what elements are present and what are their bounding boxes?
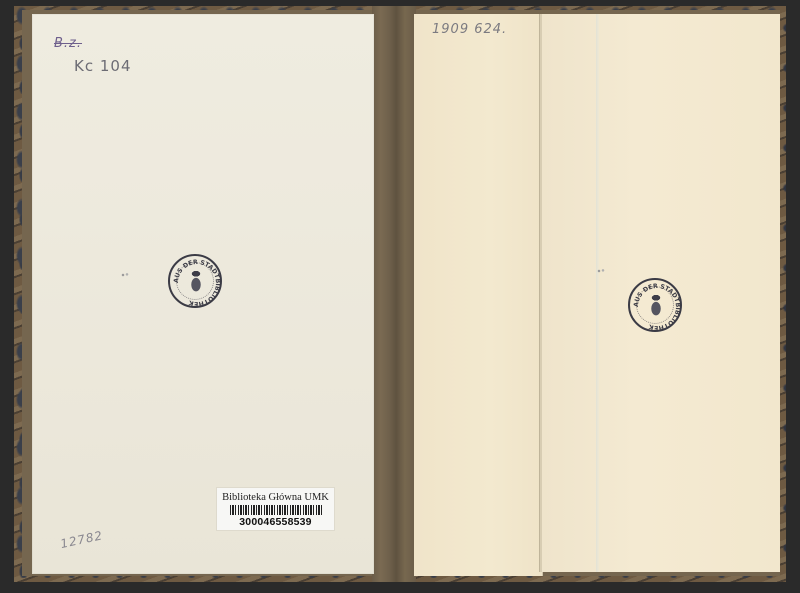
griffin-crest-icon — [648, 293, 664, 317]
barcode-number: 300046558539 — [217, 516, 334, 528]
struck-shelf-mark: B.z. — [54, 36, 82, 51]
spine-hinge — [372, 6, 416, 582]
accession-number: 1909 624. — [432, 22, 507, 37]
barcode-label: Biblioteka Główna UMK 300046558539 — [217, 488, 334, 530]
shelf-mark: Kc 104 — [74, 57, 131, 75]
library-stamp-left: AUS DER STADTBIBLIOTHEK — [168, 254, 222, 308]
ink-specks — [596, 268, 606, 274]
right-leaf-narrow — [414, 14, 543, 576]
barcode-icon — [230, 505, 322, 515]
griffin-crest-icon — [188, 269, 204, 293]
paper-fold-line — [596, 14, 599, 572]
book-scan: B.z. Kc 104 AUS DER STADTBIBLIOTHEK Bibl… — [0, 0, 800, 593]
ink-specks — [120, 272, 130, 278]
barcode-library-name: Biblioteka Główna UMK — [217, 492, 334, 503]
library-stamp-right: AUS DER STADTBIBLIOTHEK — [628, 278, 682, 332]
